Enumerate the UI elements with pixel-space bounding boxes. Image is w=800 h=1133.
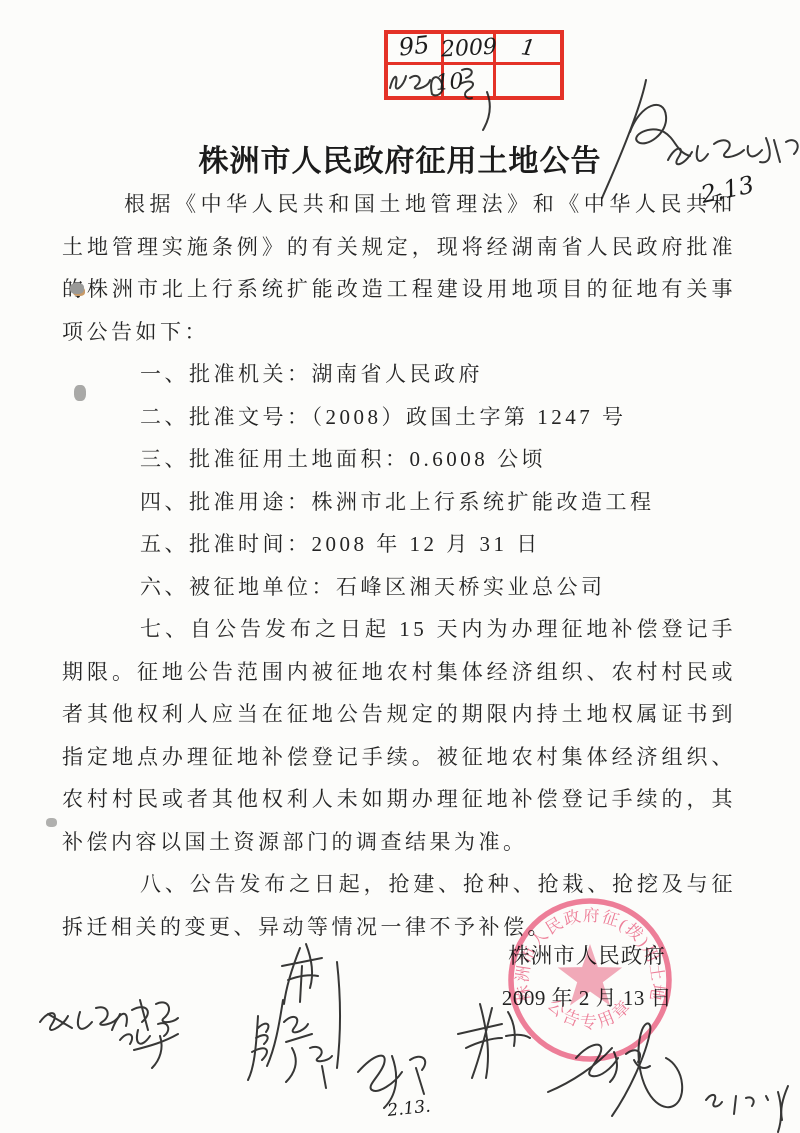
body-line: 七、自公告发布之日起 15 天内为办理征地补偿登记手续的 [62,608,736,651]
body-line: 六、被征地单位：石峰区湘天桥实业总公司 [62,566,736,609]
stamp-cell: 95 [388,34,444,65]
body-line: 补偿内容以国土资源部门的调查结果为准。 [62,821,736,864]
scan-smudge [74,385,86,401]
body-line: 农村村民或者其他权利人未如期办理征地补偿登记手续的，其 [62,778,736,821]
official-seal: 株洲市人民政府征(拨)用土地 公告专用章 [495,885,685,1075]
mid-signature [358,1056,425,1108]
body-line: 三、批准征用土地面积：0.6008 公顷 [62,438,736,481]
bottom-left-note-scribble [40,1000,178,1068]
registry-stamp-box: 95 2009 1 [384,30,564,100]
review-note-scribble [248,1016,332,1088]
body-line: 一、批准机关：湖南省人民政府 [62,353,736,396]
seal-ring-text-bottom: 公告专用章 [544,995,636,1032]
bottom-center-date: 2.13. [385,1097,431,1122]
bottom-right-date-marks [706,1086,788,1132]
body-line: 根据《中华人民共和国土地管理法》和《中华人民共和国 [62,183,736,226]
stamp-box-value: 1 [519,35,536,62]
body-line: 二、批准文号：（2008）政国土字第 1247 号 [62,396,736,439]
scanned-document-page: 95 2009 1 株洲市人民政府征用土地公告 根据《中华人民共和国土地管理法》… [0,0,800,1133]
body-line: 项公告如下： [62,311,736,354]
mid-vertical-signature [267,944,340,1068]
body-line: 五、批准时间：2008 年 12 月 31 日 [62,523,736,566]
svg-text:公告专用章: 公告专用章 [544,995,636,1032]
scan-smudge [70,283,84,294]
announcement-body: 根据《中华人民共和国土地管理法》和《中华人民共和国 土地管理实施条例》的有关规定… [62,183,736,948]
body-line: 指定地点办理征地补偿登记手续。被征地农村集体经济组织、 [62,736,736,779]
scan-smudge [46,818,57,827]
stamp-box-value: 2009 [440,34,497,62]
stamp-cell: 2009 [444,34,496,65]
body-line: 者其他权利人应当在征地公告规定的期限内持土地权属证书到 [62,693,736,736]
stamp-cell [444,65,496,96]
body-line: 的株洲市北上行系统扩能改造工程建设用地项目的征地有关事 [62,268,736,311]
stamp-box-value: 95 [398,30,431,61]
stamp-cell [496,65,560,96]
seal-star-icon [558,944,623,1006]
body-line: 期限。征地公告范围内被征地农村集体经济组织、农村村民或 [62,651,736,694]
stamp-cell [388,65,444,96]
body-line: 土地管理实施条例》的有关规定，现将经湖南省人民政府批准 [62,226,736,269]
stamp-cell: 1 [496,34,560,65]
page-title: 株洲市人民政府征用土地公告 [0,136,800,180]
body-line: 四、批准用途：株洲市北上行系统扩能改造工程 [62,481,736,524]
